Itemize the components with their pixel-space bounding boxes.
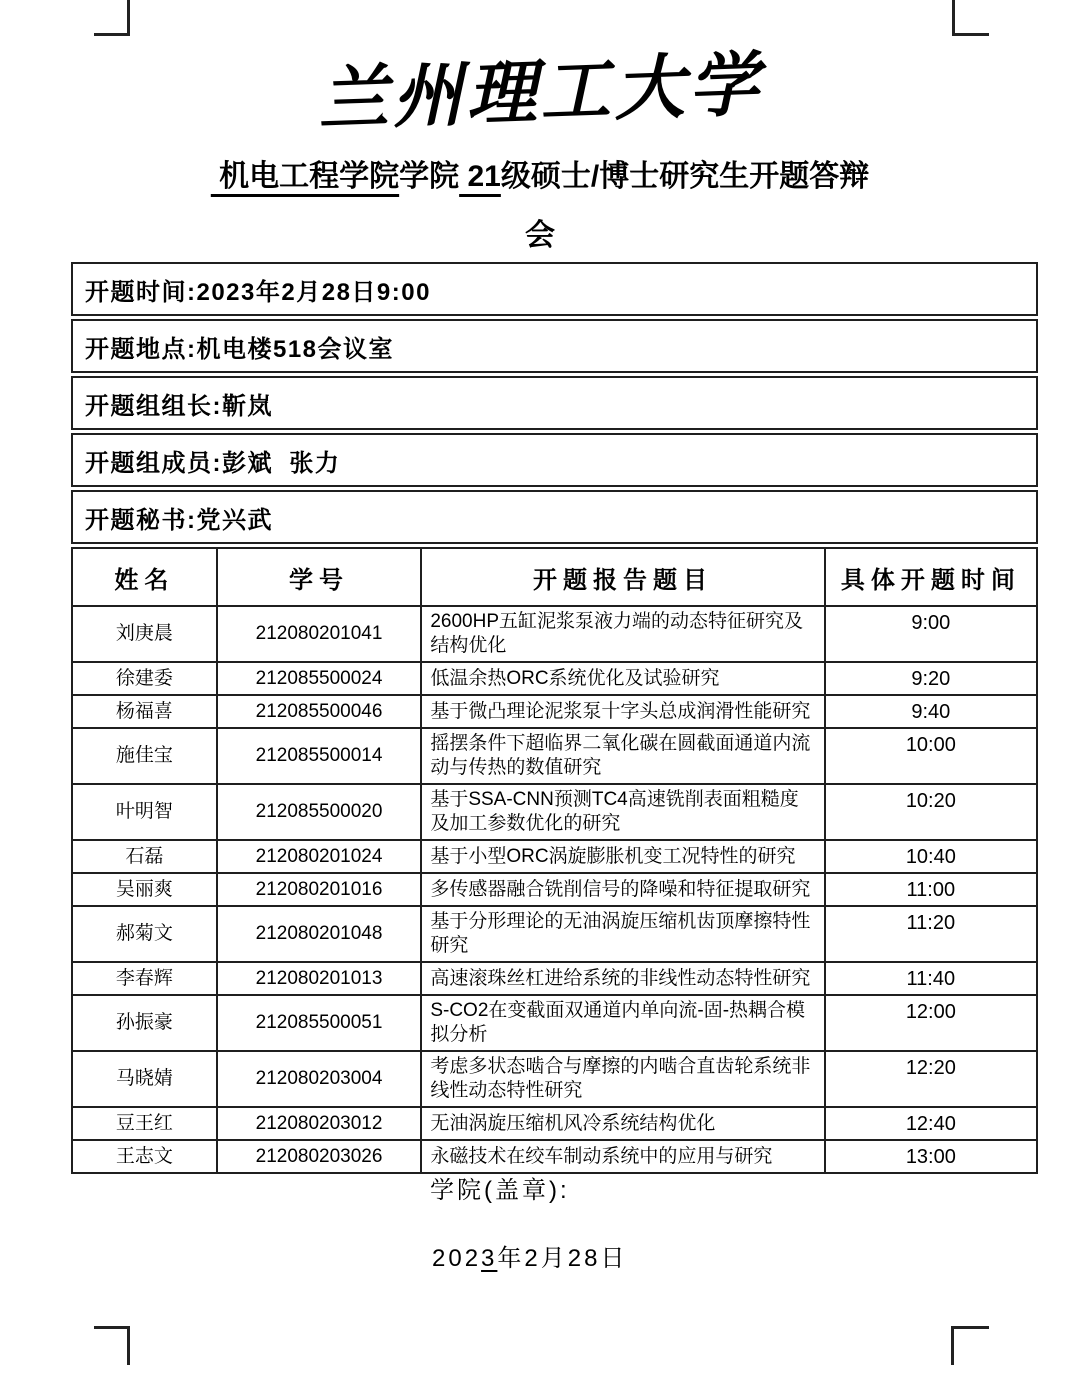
topic-cell: 考虑多状态啮合与摩擦的内啮合直齿轮系统非线性动态特性研究 [421,1051,824,1107]
topic-cell: 摇摆条件下超临界二氧化碳在圆截面通道内流动与传热的数值研究 [421,728,824,784]
info-row-opening-time: 开题时间:2023年2月28日9:00 [71,262,1038,316]
document-page: 兰州理工大学 机电工程学院学院 21级硕士/博士研究生开题答辩 会 开题时间:2… [0,0,1080,1379]
document-body: 开题时间:2023年2月28日9:00 开题地点:机电楼518会议室 开题组组长… [71,262,1038,1174]
student-name-cell: 徐建委 [72,662,217,695]
time-cell: 12:40 [825,1107,1037,1140]
header-student-id: 学号 [217,548,422,606]
student-name-cell: 杨福喜 [72,695,217,728]
title-blank-grade: 21 [459,160,501,193]
student-id-cell: 212085500046 [217,695,422,728]
schedule-table: 姓名 学号 开题报告题目 具体开题时间 刘庚晨 212080201041 260… [71,547,1038,1174]
student-name-cell: 石磊 [72,840,217,873]
info-row-secretary-text: 开题秘书:党兴武 [85,500,273,535]
student-name-cell: 施佳宝 [72,728,217,784]
footer-date-pre: 202 [432,1245,481,1272]
university-calligraphy-logo: 兰州理工大学 [0,17,1080,156]
header-topic: 开题报告题目 [421,548,824,606]
student-name-cell: 李春辉 [72,962,217,995]
time-cell: 10:00 [825,728,1037,784]
student-id-cell: 212085500051 [217,995,422,1051]
time-cell: 11:20 [825,906,1037,962]
table-row: 郝菊文 212080201048 基于分形理论的无油涡旋压缩机齿顶摩擦特性研究 … [72,906,1037,962]
time-cell: 13:00 [825,1140,1037,1173]
footer-date: 2023年2月28日 [432,1238,627,1273]
info-row-secretary: 开题秘书:党兴武 [71,490,1038,544]
student-id-cell: 212080201016 [217,873,422,906]
table-row: 豆王红 212080203012 无油涡旋压缩机风冷系统结构优化 12:40 [72,1107,1037,1140]
topic-cell: 基于微凸理论泥浆泵十字头总成润滑性能研究 [421,695,824,728]
info-row-group-leader-text: 开题组组长:靳岚 [85,386,273,421]
table-row: 石磊 212080201024 基于小型ORC涡旋膨胀机变工况特性的研究 10:… [72,840,1037,873]
crop-mark-bottom-right-icon [951,1326,989,1365]
topic-cell: 永磁技术在绞车制动系统中的应用与研究 [421,1140,824,1173]
time-cell: 9:20 [825,662,1037,695]
student-id-cell: 212080203026 [217,1140,422,1173]
table-row: 王志文 212080203026 永磁技术在绞车制动系统中的应用与研究 13:0… [72,1140,1037,1173]
student-id-cell: 212080201041 [217,606,422,662]
time-cell: 12:20 [825,1051,1037,1107]
time-cell: 11:40 [825,962,1037,995]
title-rest: 级硕士/博士研究生开题答辩 [501,160,869,193]
footer-date-post: 年2月28日 [497,1245,627,1272]
table-row: 叶明智 212085500020 基于SSA-CNN预测TC4高速铣削表面粗糙度… [72,784,1037,840]
topic-cell: 基于小型ORC涡旋膨胀机变工况特性的研究 [421,840,824,873]
topic-cell: 2600HP五缸泥浆泵液力端的动态特征研究及结构优化 [421,606,824,662]
student-name-cell: 孙振豪 [72,995,217,1051]
student-id-cell: 212080201013 [217,962,422,995]
title-blank-college: 机电工程学院 [211,160,399,193]
student-name-cell: 刘庚晨 [72,606,217,662]
table-row: 李春辉 212080201013 高速滚珠丝杠进给系统的非线性动态特性研究 11… [72,962,1037,995]
topic-cell: 无油涡旋压缩机风冷系统结构优化 [421,1107,824,1140]
info-row-group-members: 开题组成员:彭斌 张力 [71,433,1038,487]
title-line-1: 机电工程学院学院 21级硕士/博士研究生开题答辩 [0,160,1080,195]
topic-cell: 基于分形理论的无油涡旋压缩机齿顶摩擦特性研究 [421,906,824,962]
time-cell: 12:00 [825,995,1037,1051]
table-header-row: 姓名 学号 开题报告题目 具体开题时间 [72,548,1037,606]
student-name-cell: 叶明智 [72,784,217,840]
table-body: 刘庚晨 212080201041 2600HP五缸泥浆泵液力端的动态特征研究及结… [72,606,1037,1173]
title-line-2: 会 [0,219,1080,254]
student-name-cell: 豆王红 [72,1107,217,1140]
table-row: 杨福喜 212085500046 基于微凸理论泥浆泵十字头总成润滑性能研究 9:… [72,695,1037,728]
student-id-cell: 212080201024 [217,840,422,873]
table-row: 刘庚晨 212080201041 2600HP五缸泥浆泵液力端的动态特征研究及结… [72,606,1037,662]
topic-cell: S-CO2在变截面双通道内单向流-固-热耦合模拟分析 [421,995,824,1051]
stamp-label: 学院(盖章): [430,1170,570,1205]
table-row: 马晓婧 212080203004 考虑多状态啮合与摩擦的内啮合直齿轮系统非线性动… [72,1051,1037,1107]
info-row-location: 开题地点:机电楼518会议室 [71,319,1038,373]
crop-mark-top-left-icon [94,0,130,36]
student-name-cell: 王志文 [72,1140,217,1173]
time-cell: 10:20 [825,784,1037,840]
table-row: 施佳宝 212085500014 摇摆条件下超临界二氧化碳在圆截面通道内流动与传… [72,728,1037,784]
header-name: 姓名 [72,548,217,606]
student-id-cell: 212080203012 [217,1107,422,1140]
topic-cell: 低温余热ORC系统优化及试验研究 [421,662,824,695]
table-row: 吴丽爽 212080201016 多传感器融合铣削信号的降噪和特征提取研究 11… [72,873,1037,906]
student-id-cell: 212080201048 [217,906,422,962]
table-row: 徐建委 212085500024 低温余热ORC系统优化及试验研究 9:20 [72,662,1037,695]
info-row-group-members-text: 开题组成员:彭斌 张力 [85,443,340,478]
footer-date-underlined-digit: 3 [481,1245,497,1272]
student-name-cell: 吴丽爽 [72,873,217,906]
title-college-suffix: 学院 [399,160,459,193]
student-name-cell: 郝菊文 [72,906,217,962]
time-cell: 9:40 [825,695,1037,728]
student-id-cell: 212080203004 [217,1051,422,1107]
info-row-opening-time-text: 开题时间:2023年2月28日9:00 [85,272,431,307]
info-row-group-leader: 开题组组长:靳岚 [71,376,1038,430]
time-cell: 10:40 [825,840,1037,873]
topic-cell: 多传感器融合铣削信号的降噪和特征提取研究 [421,873,824,906]
student-id-cell: 212085500024 [217,662,422,695]
student-id-cell: 212085500020 [217,784,422,840]
table-row: 孙振豪 212085500051 S-CO2在变截面双通道内单向流-固-热耦合模… [72,995,1037,1051]
student-name-cell: 马晓婧 [72,1051,217,1107]
document-title: 机电工程学院学院 21级硕士/博士研究生开题答辩 会 [0,160,1080,253]
topic-cell: 高速滚珠丝杠进给系统的非线性动态特性研究 [421,962,824,995]
topic-cell: 基于SSA-CNN预测TC4高速铣削表面粗糙度及加工参数优化的研究 [421,784,824,840]
header-time: 具体开题时间 [825,548,1037,606]
time-cell: 9:00 [825,606,1037,662]
student-id-cell: 212085500014 [217,728,422,784]
info-row-location-text: 开题地点:机电楼518会议室 [85,329,394,364]
time-cell: 11:00 [825,873,1037,906]
crop-mark-bottom-left-icon [94,1326,130,1365]
